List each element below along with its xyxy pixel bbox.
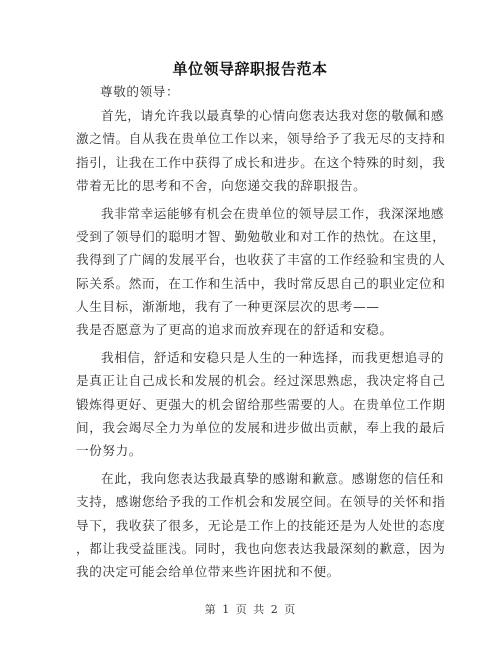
text-line: 际关系。然而，在工作和生活中，我时常反思自己的职业定位和 (76, 272, 418, 295)
text-line: 首先，请允许我以最真挚的心情向您表达我对您的敬佩和感 (76, 104, 418, 127)
text-line: 我相信，舒适和安稳只是人生的一种选择，而我更想追寻的 (76, 346, 418, 369)
text-line: 间，我会竭尽全力为单位的发展和进步做出贡献，奉上我的最后 (76, 416, 418, 439)
document-page: 单位领导辞职报告范本 尊敬的领导： 首先，请允许我以最真挚的心情向您表达我对您的… (0, 0, 500, 647)
text-line: ，都让我受益匪浅。同时，我也向您表达我最深刻的歉意，因为 (76, 537, 418, 560)
text-line: 我非常幸运能够有机会在贵单位的领导层工作，我深深地感 (76, 202, 418, 225)
text-line: 一份努力。 (76, 439, 418, 462)
salutation: 尊敬的领导： (76, 80, 418, 103)
text-line: 是真正让自己成长和发展的机会。经过深思熟虑，我决定将自己 (76, 369, 418, 392)
text-line: 我是否愿意为了更高的追求而放弃现在的舒适和安稳。 (76, 318, 418, 341)
text-line: 支持，感谢您给予我的工作机会和发展空间。在领导的关怀和指 (76, 490, 418, 513)
text-line: 我得到了广阔的发展平台，也收获了丰富的工作经验和宝贵的人 (76, 248, 418, 271)
document-body: 尊敬的领导： 首先，请允许我以最真挚的心情向您表达我对您的敬佩和感 激之情。自从… (76, 80, 418, 583)
text-line: 受到了领导们的聪明才智、勤勉敬业和对工作的热忱。在这里， (76, 225, 418, 248)
paragraph-1: 首先，请允许我以最真挚的心情向您表达我对您的敬佩和感 激之情。自从我在贵单位工作… (76, 104, 418, 197)
text-line: 带着无比的思考和不舍，向您递交我的辞职报告。 (76, 174, 418, 197)
text-line: 我的决定可能会给单位带来些许困扰和不便。 (76, 560, 418, 583)
text-line: 人生目标，渐渐地，我有了一种更深层次的思考—— (76, 295, 418, 318)
text-line: 在此，我向您表达我最真挚的感谢和歉意。感谢您的信任和 (76, 467, 418, 490)
paragraph-2: 我非常幸运能够有机会在贵单位的领导层工作，我深深地感 受到了领导们的聪明才智、勤… (76, 202, 418, 341)
paragraph-4: 在此，我向您表达我最真挚的感谢和歉意。感谢您的信任和 支持，感谢您给予我的工作机… (76, 467, 418, 583)
paragraph-3: 我相信，舒适和安稳只是人生的一种选择，而我更想追寻的 是真正让自己成长和发展的机… (76, 346, 418, 462)
text-line: 激之情。自从我在贵单位工作以来，领导给予了我无尽的支持和 (76, 127, 418, 150)
text-line: 锻炼得更好、更强大的机会留给那些需要的人。在贵单位工作期 (76, 393, 418, 416)
page-number-footer: 第 1 页 共 2 页 (0, 601, 500, 617)
text-line: 导下，我收获了很多，无论是工作上的技能还是为人处世的态度 (76, 514, 418, 537)
text-line: 指引，让我在工作中获得了成长和进步。在这个特殊的时刻，我 (76, 151, 418, 174)
document-title: 单位领导辞职报告范本 (0, 58, 500, 79)
